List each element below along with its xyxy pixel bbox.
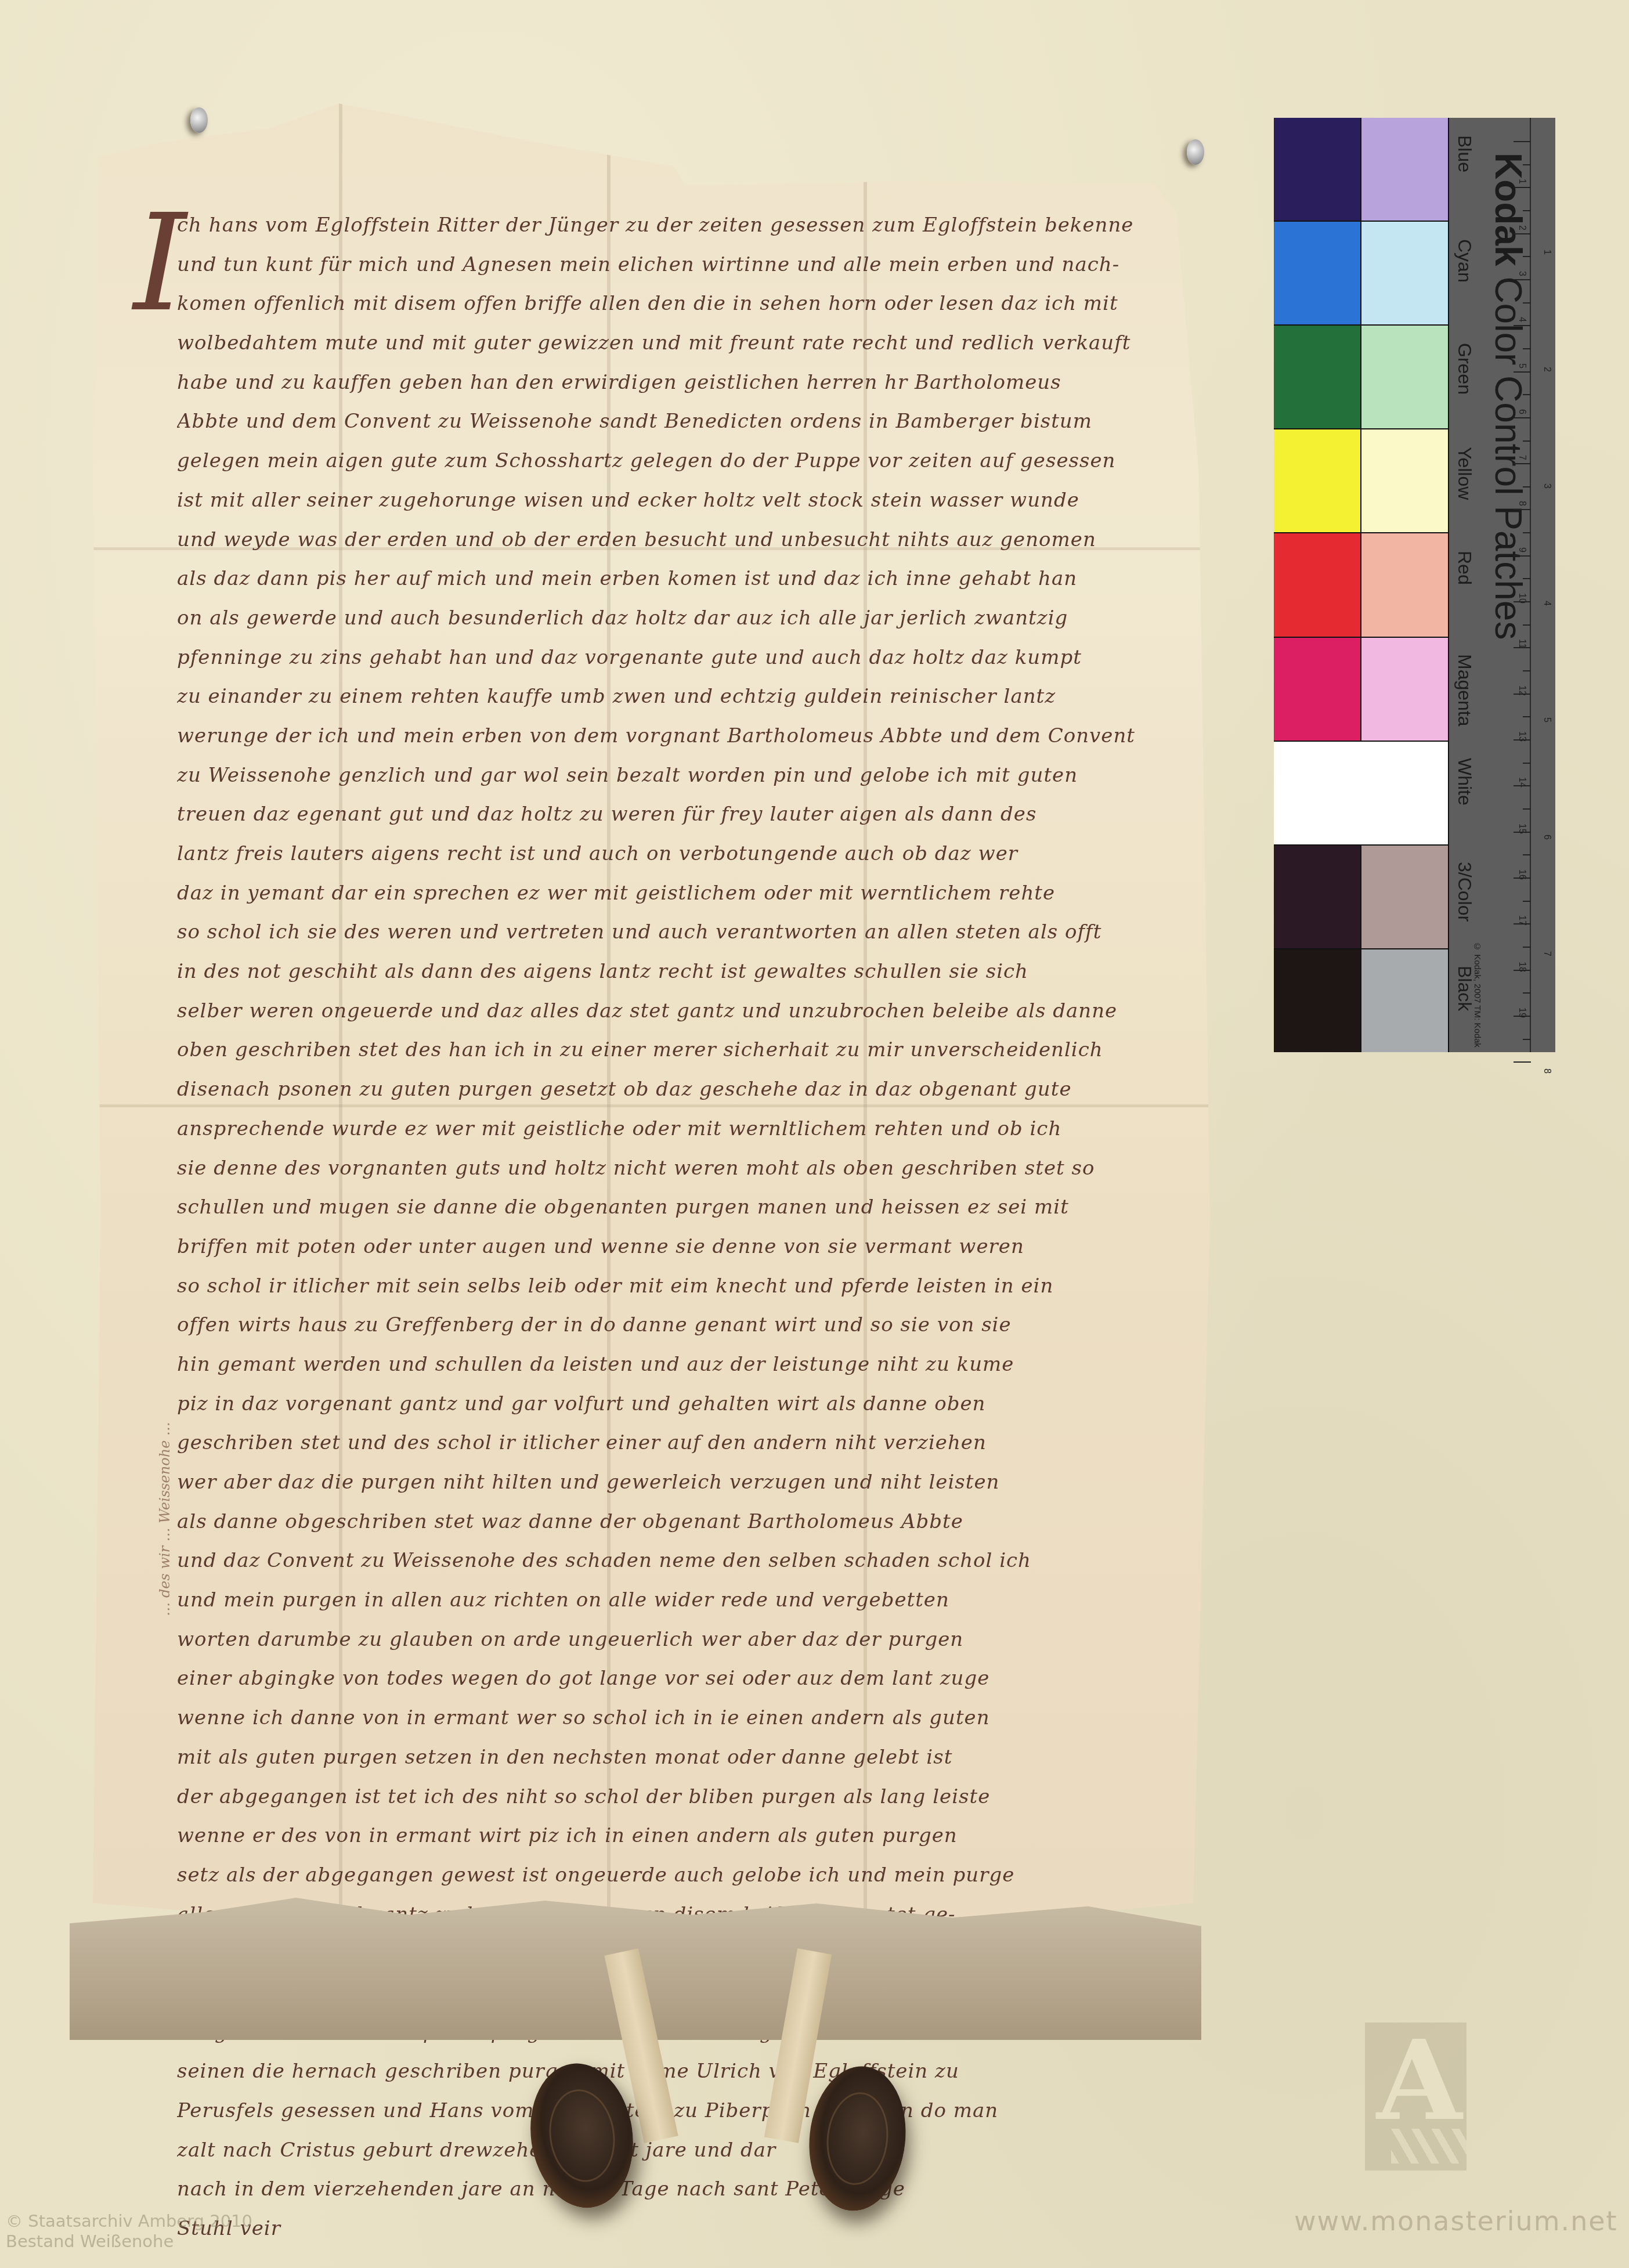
inch-tick-label: 3 [1541,483,1552,489]
cm-tick-label: 4 [1516,317,1527,322]
patch-label: Blue [1454,135,1475,172]
ruler-tick [1523,901,1531,902]
charter-line: ansprechende wurde ez wer mit geistliche… [177,1110,1135,1149]
ruler-tick [1514,279,1531,280]
cm-tick-label: 10 [1516,593,1527,604]
charter-line: zu Weissenohe genzlich und gar wol sein … [177,756,1135,796]
charter-line: disenach psonen zu guten purgen gesetzt … [177,1070,1135,1110]
patch-black-dark [1274,949,1360,1052]
charter-line: lantz freis lauters aigens recht ist und… [177,835,1135,874]
charter-line: piz in daz vorgenant gantz und gar volfu… [177,1385,1135,1424]
cm-tick-label: 18 [1516,962,1527,972]
patch-blue-light [1361,118,1448,221]
ruler-tick [1514,141,1531,142]
ruler-tick [1523,1039,1531,1040]
inch-tick-label: 6 [1541,835,1552,840]
charter-line: worten darumbe zu glauben on arde ungeue… [177,1620,1135,1660]
charter-line: und daz Convent zu Weissenohe des schade… [177,1541,1135,1581]
charter-line: offen wirts haus zu Greffenberg der in d… [177,1306,1135,1345]
ruler-icon [1530,118,1555,1052]
patch-label: Black [1454,966,1475,1011]
ruler-tick [1523,808,1531,810]
charter-line: daz in yemant dar ein sprechen ez wer mi… [177,874,1135,913]
patch-magenta-light [1361,638,1448,741]
ruler-tick [1523,624,1531,626]
charter-line: mit als guten purgen setzen in den nechs… [177,1738,1135,1778]
cm-tick-label: 1 [1516,179,1527,184]
cm-tick-label: 16 [1516,869,1527,880]
ruler-tick [1523,486,1531,487]
charter-line: schullen und mugen sie danne die obgenan… [177,1188,1135,1227]
ruler-tick [1523,394,1531,395]
site-url-watermark: www.monasterium.net [1294,2205,1618,2237]
mounting-pin [1187,139,1204,165]
charter-line: der abgegangen ist tet ich des niht so s… [177,1778,1135,1817]
ruler-tick [1523,854,1531,855]
charter-line: und weyde was der erden und ob der erden… [177,521,1135,560]
charter-line: als daz dann pis her auf mich und mein e… [177,559,1135,599]
patch-magenta-dark [1274,638,1360,741]
mounting-pin [190,107,208,133]
ruler-tick [1514,371,1531,373]
ruler-tick [1514,509,1531,510]
archive-logo-icon: A [1365,2023,1467,2171]
ruler-tick [1523,210,1531,211]
charter-line: zu einander zu einem rehten kauffe umb z… [177,677,1135,717]
charter-line: on als gewerde und auch besunderlich daz… [177,599,1135,638]
cm-tick-label: 6 [1516,409,1527,414]
inch-tick-label: 1 [1541,250,1552,255]
charter-line: so schol ich sie des weren und vertreten… [177,913,1135,952]
charter-line: und mein purgen in allen auz richten on … [177,1581,1135,1620]
charter-line: in des not geschiht als dann des aigens … [177,952,1135,992]
inch-tick-label: 4 [1541,601,1552,606]
cm-tick-label: 9 [1516,547,1527,552]
patch-yellow-dark [1274,429,1360,532]
kodak-brand: Kodak [1487,153,1529,266]
cm-tick-label: 11 [1516,639,1527,649]
ruler-tick [1523,532,1531,533]
charter-line: und tun kunt für mich und Agnesen mein e… [177,245,1135,285]
charter-line: oben geschriben stet des han ich in zu e… [177,1031,1135,1070]
inch-tick-label: 8 [1541,1068,1552,1074]
patch-label: Red [1454,551,1475,585]
charter-line: gelegen mein aigen gute zum Schosshartz … [177,442,1135,481]
cm-tick-label: 3 [1516,271,1527,276]
ruler-tick [1523,302,1531,304]
ruler-tick [1523,947,1531,948]
patch-label: White [1454,758,1475,806]
ruler-tick [1523,763,1531,764]
patch-yellow-light [1361,429,1448,532]
patch-green-dark [1274,326,1360,428]
cm-tick-label: 5 [1516,363,1527,369]
charter-line: nach in dem vierzehenden jare an nesten … [177,2170,1135,2209]
patch-cyan-light [1361,222,1448,324]
cm-tick-label: 14 [1516,777,1527,788]
patch-green-light [1361,326,1448,428]
cm-tick-label: 17 [1516,915,1527,926]
color-patches [1274,118,1448,1052]
patch-3-color-dark [1274,846,1360,948]
charter-line: wer aber daz die purgen niht hilten und … [177,1463,1135,1503]
patch-red-light [1361,533,1448,636]
patch-label: Magenta [1454,654,1475,727]
logo-letter: A [1377,2023,1462,2139]
cm-tick-label: 12 [1516,685,1527,696]
ruler-tick [1514,325,1531,326]
dorsal-note: … des wir … Weissenohe … [157,1422,173,1616]
ruler-tick [1523,164,1531,165]
charter-line: setz als der abgegangen gewest ist ongeu… [177,1856,1135,1895]
ruler-tick [1523,992,1531,994]
charter-line: ist mit aller seiner zugehorunge wisen u… [177,481,1135,521]
archive-watermark: © Staatsarchiv Amberg 2010 Bestand Weiße… [6,2211,252,2252]
patch-label: Yellow [1454,447,1475,500]
patch-label: Cyan [1454,239,1475,283]
charter-line: werunge der ich und mein erben von dem v… [177,717,1135,756]
ruler-tick [1514,187,1531,188]
patch-blue-dark [1274,118,1360,221]
patch-red-dark [1274,533,1360,636]
cm-tick-label: 13 [1516,731,1527,742]
charter-line: sie denne des vorgnanten guts und holtz … [177,1149,1135,1189]
ruler-tick [1514,555,1531,557]
collection-line: Bestand Weißenohe [6,2231,252,2252]
ruler-tick [1523,348,1531,349]
ruler-tick [1514,233,1531,234]
charter-line: geschriben stet und des schol ir itliche… [177,1424,1135,1463]
ruler-tick [1523,440,1531,442]
cm-tick-label: 7 [1516,455,1527,460]
charter-line: wolbedahtem mute und mit guter gewizzen … [177,324,1135,363]
ruler-tick [1523,670,1531,671]
patch-white [1274,742,1448,844]
patch-label: Green [1454,343,1475,395]
charter-line: pfenninge zu zins gehabt han und daz vor… [177,638,1135,678]
charter-line: als danne obgeschriben stet waz danne de… [177,1503,1135,1542]
copyright-line: © Staatsarchiv Amberg 2010 [6,2211,252,2231]
ruler-tick [1523,716,1531,717]
cm-tick-label: 2 [1516,225,1527,230]
patch-3-color-light [1361,846,1448,948]
charter-line: selber weren ongeuerde und daz alles daz… [177,992,1135,1031]
cm-tick-label: 15 [1516,824,1527,834]
charter-line: komen offenlich mit disem offen briffe a… [177,284,1135,324]
ruler-tick [1514,1061,1531,1063]
patch-label: 3/Color [1454,862,1475,922]
charter-line: hin gemant werden und schullen da leiste… [177,1345,1135,1385]
charter-line: einer abgingke von todes wegen do got la… [177,1659,1135,1699]
inch-tick-label: 7 [1541,951,1552,956]
patch-cyan-dark [1274,222,1360,324]
charter-line: Abbte und dem Convent zu Weissenohe sand… [177,402,1135,442]
ruler-tick [1514,463,1531,464]
patch-black-light [1361,949,1448,1052]
charter-line: Stuhl veir [177,2209,1135,2249]
charter-line: briffen mit poten oder unter augen und w… [177,1227,1135,1267]
charter-line: so schol ir itlicher mit sein selbs leib… [177,1267,1135,1306]
ruler-tick [1523,578,1531,579]
cm-tick-label: 8 [1516,501,1527,506]
cm-tick-label: 19 [1516,1007,1527,1018]
kodak-color-chart: Kodak Color Control Patches © Kodak, 200… [1274,118,1555,1052]
chart-labels: Kodak Color Control Patches © Kodak, 200… [1449,118,1555,1052]
inch-tick-label: 5 [1541,717,1552,723]
charter-line: habe und zu kauffen geben han den erwird… [177,363,1135,403]
charter-line: ch hans vom Egloffstein Ritter der Jünge… [177,206,1135,245]
bavarian-diamonds-icon [1391,2129,1467,2164]
ruler-tick [1514,417,1531,418]
inch-tick-label: 2 [1541,367,1552,372]
ruler-tick [1523,256,1531,257]
charter-line: treuen daz egenant gut und daz holtz zu … [177,795,1135,835]
charter-line: wenne ich danne von in ermant wer so sch… [177,1699,1135,1738]
charter-line: wenne er des von in ermant wirt piz ich … [177,1816,1135,1856]
